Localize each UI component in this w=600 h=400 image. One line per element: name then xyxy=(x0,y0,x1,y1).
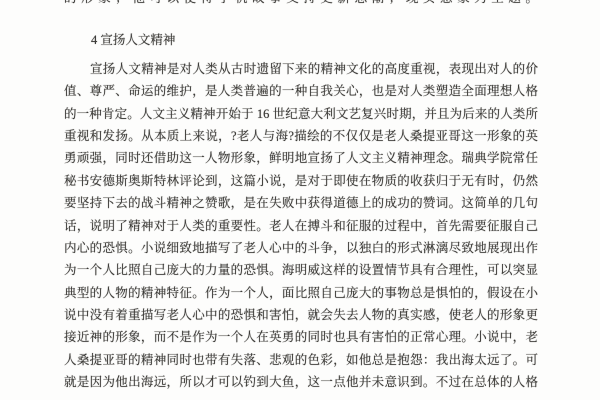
paragraph-line: 的一种肯定。人文主义精神开始于 16 世纪意大利文艺复兴时期，并且为后来的人类所 xyxy=(64,103,538,125)
paragraph-line: 为一个人比照自己庞大的力量的恐惧。海明威这样的设置情节具有合理性，可以突显 xyxy=(64,259,538,281)
text-column: 的形象；他可以使得手机故事支持更新思潮；现实想象为主题。 4 宣扬人文精神 宣扬… xyxy=(64,0,538,394)
paragraph-line: 内心的恐惧。小说细致地描写了老人心中的斗争，以独白的形式淋漓尽致地展现出作 xyxy=(64,237,538,259)
paragraph-line: 人桑提亚哥的精神同时也带有失落、悲观的色彩，如他总是抱怨：我出海太远了。可 xyxy=(64,349,538,371)
paragraph-line: 重视和发扬。从本质上来说，?老人与海?描绘的不仅仅是老人桑提亚哥这一形象的英 xyxy=(64,125,538,147)
paragraph-line: 勇顽强，同时还借助这一人物形象，鲜明地宣扬了人文主义精神理念。瑞典学院常任 xyxy=(64,147,538,169)
paragraph-line: 接近神的形象，而不是作为一个人在英勇的同时也具有害怕的正常心理。小说中，老 xyxy=(64,326,538,348)
paragraph-line: 秘书安德斯奥斯特林评论到，这篇小说，是对于即使在物质的收获归于无有时，仍然 xyxy=(64,170,538,192)
paragraph-line: 要坚持下去的战斗精神之赞歌，是在失败中获得道德上的成功的赞词。这简单的几句 xyxy=(64,192,538,214)
document-page: 的形象；他可以使得手机故事支持更新思潮；现实想象为主题。 4 宣扬人文精神 宣扬… xyxy=(0,0,600,400)
paragraph-line: 话，说明了精神对于人类的重要性。老人在搏斗和征服的过程中，首先需要征服自己 xyxy=(64,215,538,237)
section-heading: 4 宣扬人文精神 xyxy=(64,29,538,51)
clipped-top-text-line: 的形象；他可以使得手机故事支持更新思潮；现实想象为主题。 xyxy=(64,0,538,9)
paragraph-line: 值、尊严、命运的维护，是人类普遍的一种自我关心，也是对人类塑造全面理想人格 xyxy=(64,80,538,102)
paragraph-line: 就是因为他出海远，所以才可以钓到大鱼，这一点他并未意识到。不过在总体的人格 xyxy=(64,371,538,393)
paragraph-line: 说中没有着重描写老人心中的恐惧和害怕，就会失去人物的真实感，使老人的形象更 xyxy=(64,304,538,326)
paragraph-line: 宣扬人文精神是对人类从古时遗留下来的精神文化的高度重视，表现出对人的价 xyxy=(64,58,538,80)
paragraph-line: 典型的人物的精神特征。作为一个人，面比照自己庞大的事物总是惧怕的，假设在小 xyxy=(64,282,538,304)
